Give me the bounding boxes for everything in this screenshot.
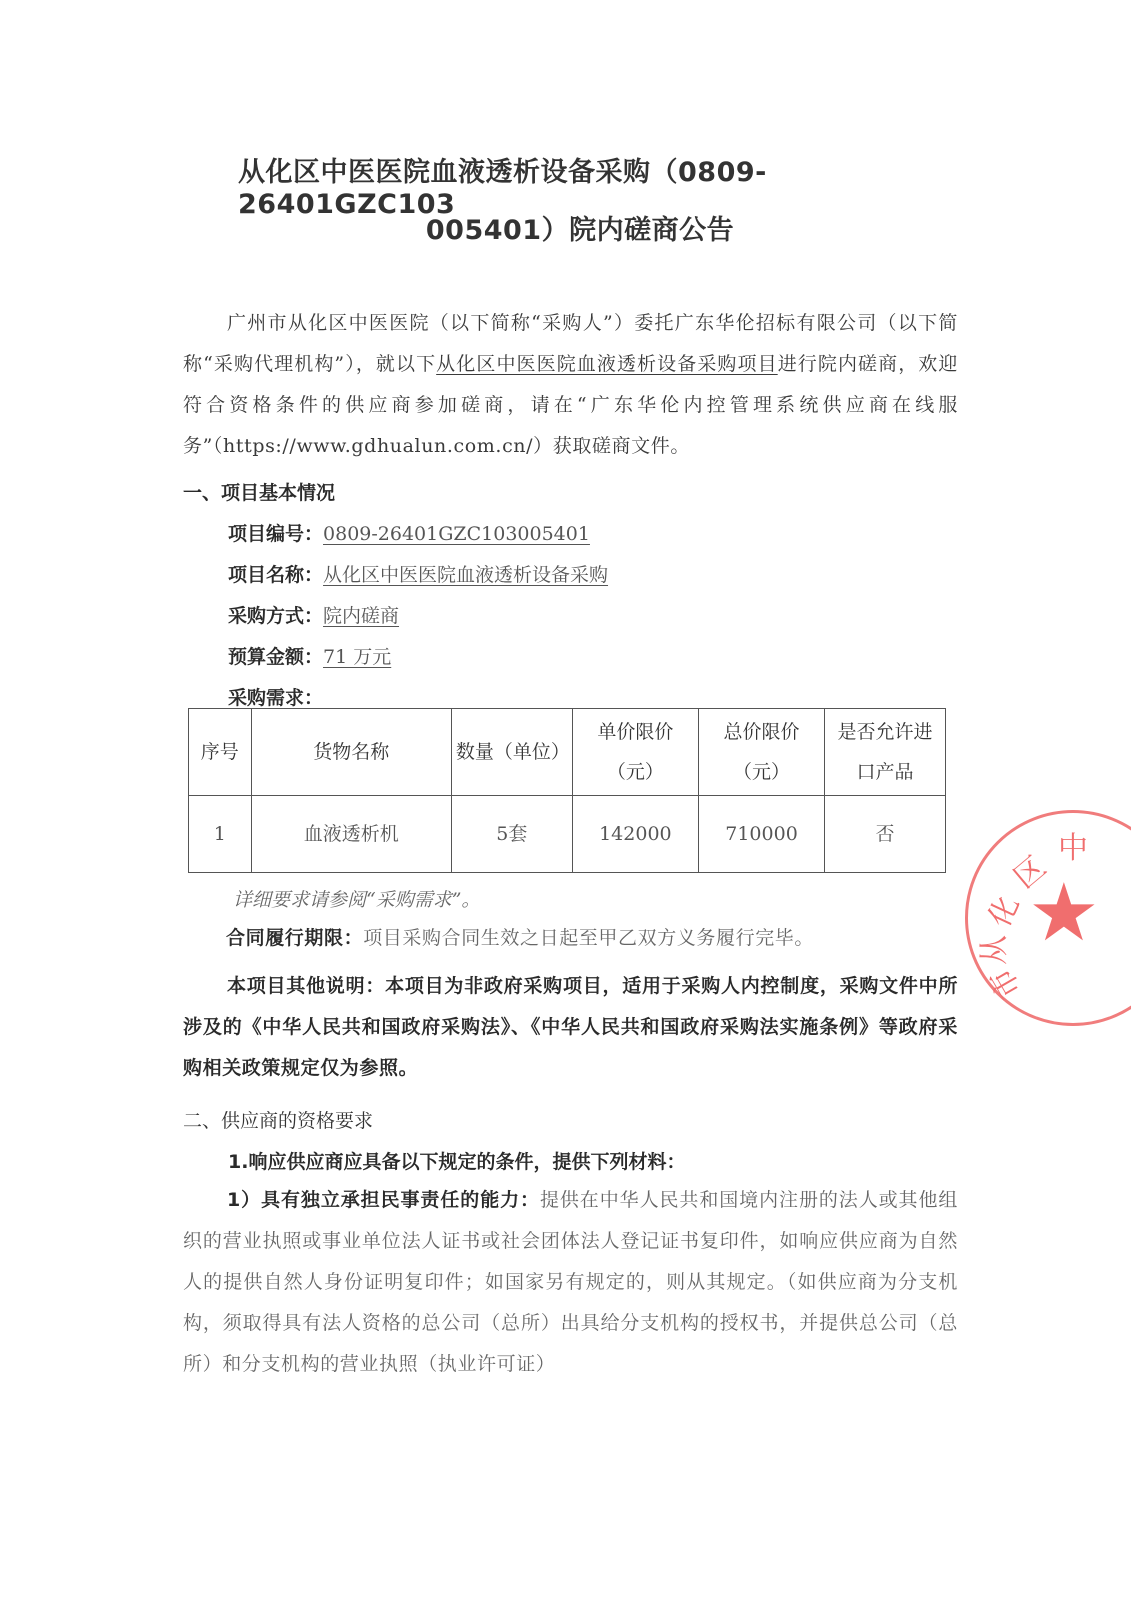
- seal-char: 中: [1058, 823, 1088, 867]
- field-procurement-method: 采购方式：院内磋商: [228, 601, 399, 628]
- seal-char: 从: [969, 935, 1013, 965]
- requirement-label: 采购需求：: [228, 683, 323, 710]
- field-budget: 预算金额：71 万元: [228, 642, 391, 669]
- cell-index: 1: [189, 796, 252, 873]
- intro-project-name: 从化区中医医院血液透析设备采购项目: [436, 353, 778, 375]
- cell-quantity: 5套: [451, 796, 572, 873]
- field-value: 从化区中医医院血液透析设备采购: [323, 564, 608, 586]
- field-label: 项目编号：: [228, 523, 323, 545]
- cell-import-allowed: 否: [825, 796, 946, 873]
- header-cell: 是否允许进口产品: [825, 709, 946, 796]
- field-project-number: 项目编号：0809-26401GZC103005401: [228, 519, 590, 546]
- header-cell: 序号: [189, 709, 252, 796]
- sub1-label: 1）具有独立承担民事责任的能力：: [227, 1189, 540, 1211]
- contract-period: 合同履行期限：项目采购合同生效之日起至甲乙双方义务履行完毕。: [226, 918, 966, 959]
- field-value: 院内磋商: [323, 605, 399, 627]
- cell-goods-name: 血液透析机: [251, 796, 451, 873]
- section1-heading: 一、项目基本情况: [183, 478, 335, 505]
- seal-char: 化: [975, 887, 1028, 933]
- field-label: 项目名称：: [228, 564, 323, 586]
- requirements-table: 序号 货物名称 数量（单位） 单价限价（元） 总价限价（元） 是否允许进口产品 …: [188, 708, 946, 873]
- section2-sub1: 1）具有独立承担民事责任的能力：提供在中华人民共和国境内注册的法人或其他组织的营…: [183, 1180, 958, 1385]
- cell-unit-price: 142000: [572, 796, 698, 873]
- requirement-label-text: 采购需求：: [228, 687, 323, 709]
- table-header-row: 序号 货物名称 数量（单位） 单价限价（元） 总价限价（元） 是否允许进口产品: [189, 709, 946, 796]
- header-cell: 总价限价（元）: [698, 709, 824, 796]
- header-cell: 货物名称: [251, 709, 451, 796]
- field-project-name: 项目名称：从化区中医医院血液透析设备采购: [228, 560, 608, 587]
- official-seal: ★ 中 区 化 从 市: [965, 810, 1131, 1026]
- cell-total-price: 710000: [698, 796, 824, 873]
- seal-char: 市: [976, 961, 1029, 1009]
- table-row: 1 血液透析机 5套 142000 710000 否: [189, 796, 946, 873]
- document-title-line2: 005401）院内磋商公告: [180, 208, 980, 247]
- requirements-note: 详细要求请参阅“采购需求”。: [233, 885, 480, 912]
- field-value: 0809-26401GZC103005401: [323, 523, 590, 545]
- header-cell: 数量（单位）: [451, 709, 572, 796]
- intro-paragraph: 广州市从化区中医医院（以下简称“采购人”）委托广东华伦招标有限公司（以下简称“采…: [183, 303, 958, 467]
- section2-heading: 二、供应商的资格要求: [183, 1106, 373, 1133]
- contract-label: 合同履行期限：: [226, 927, 363, 949]
- section2-item1: 1.响应供应商应具备以下规定的条件，提供下列材料：: [228, 1147, 685, 1174]
- field-label: 预算金额：: [228, 646, 323, 668]
- field-label: 采购方式：: [228, 605, 323, 627]
- sub1-text: 提供在中华人民共和国境内注册的法人或其他组织的营业执照或事业单位法人证书或社会团…: [183, 1189, 958, 1375]
- contract-value: 项目采购合同生效之日起至甲乙双方义务履行完毕。: [363, 927, 814, 949]
- header-cell: 单价限价（元）: [572, 709, 698, 796]
- other-notes: 本项目其他说明：本项目为非政府采购项目，适用于采购人内控制度，采购文件中所涉及的…: [183, 966, 958, 1089]
- document-page: 从化区中医医院血液透析设备采购（0809-26401GZC103 005401）…: [0, 0, 1131, 1600]
- field-value: 71 万元: [323, 646, 391, 668]
